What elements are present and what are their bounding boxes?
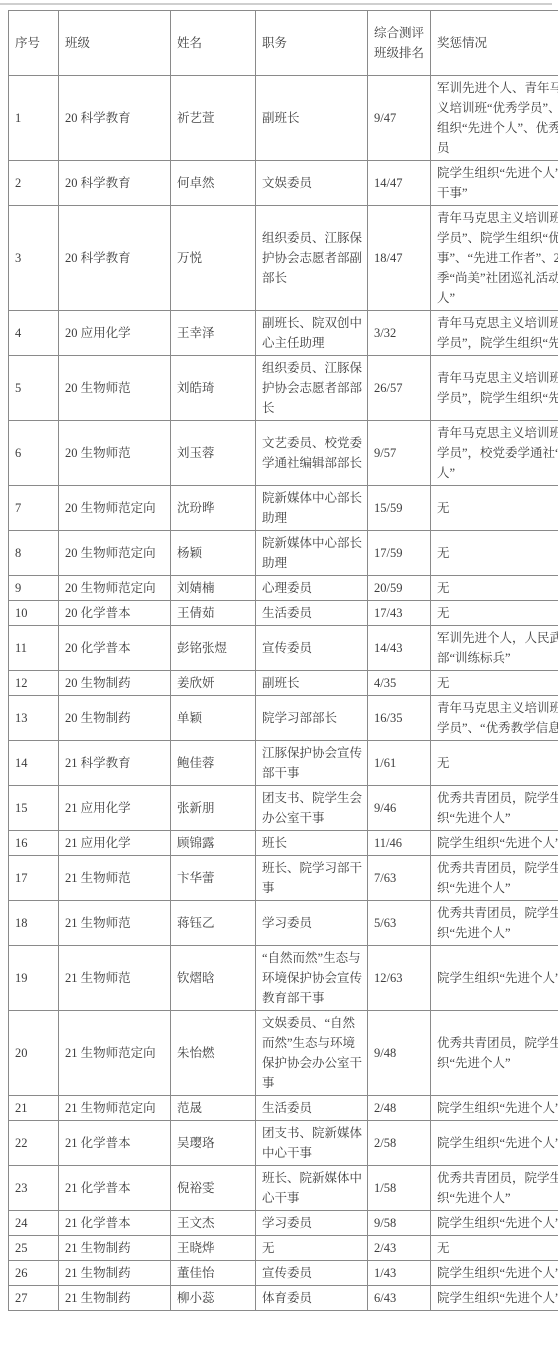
cell-class: 20 应用化学 (59, 311, 171, 356)
cell-position: “自然而然”生态与环境保护协会宣传教育部干事 (256, 946, 368, 1011)
column-header-serial: 序号 (9, 11, 59, 76)
cell-awards: 院学生组织“先进个人” (431, 1211, 558, 1236)
cell-rank: 2/43 (368, 1236, 431, 1261)
cell-class: 20 科学教育 (59, 206, 171, 311)
cell-class: 20 生物师范 (59, 356, 171, 421)
cell-rank: 20/59 (368, 576, 431, 601)
cell-rank: 4/35 (368, 671, 431, 696)
cell-class: 20 生物师范定向 (59, 531, 171, 576)
table-row: 320 科学教育万悦组织委员、江豚保护协会志愿者部副部长18/47青年马克思主义… (9, 206, 558, 311)
column-header-awards: 奖惩情况 (431, 11, 558, 76)
cell-position: 副班长 (256, 671, 368, 696)
cell-rank: 2/48 (368, 1096, 431, 1121)
cell-class: 21 生物师范定向 (59, 1011, 171, 1096)
cell-rank: 14/47 (368, 161, 431, 206)
cell-class: 20 科学教育 (59, 76, 171, 161)
cell-awards: 无 (431, 486, 558, 531)
cell-name: 王晓烨 (171, 1236, 256, 1261)
cell-name: 何卓然 (171, 161, 256, 206)
cell-position: 组织委员、江豚保护协会志愿者部部长 (256, 356, 368, 421)
cell-position: 江豚保护协会宣传部干事 (256, 741, 368, 786)
cell-awards: 无 (431, 601, 558, 626)
cell-position: 心理委员 (256, 576, 368, 601)
cell-awards: 无 (431, 671, 558, 696)
cell-rank: 2/58 (368, 1121, 431, 1166)
cell-serial: 7 (9, 486, 59, 531)
table-row: 1721 生物师范卞华蕾班长、院学习部干事7/63优秀共青团员，院学生组织“先进… (9, 856, 558, 901)
table-row: 120 科学教育祈艺萱副班长9/47军训先进个人、青年马克思主义培训班“优秀学员… (9, 76, 558, 161)
table-row: 2021 生物师范定向朱怡燃文娱委员、“自然而然”生态与环境保护协会办公室干事9… (9, 1011, 558, 1096)
cell-rank: 1/58 (368, 1166, 431, 1211)
cell-awards: 青年马克思主义培训班“优秀学员”、“优秀教学信息员” (431, 696, 558, 741)
cell-position: 班长、院新媒体中心干事 (256, 1166, 368, 1211)
column-header-class: 班级 (59, 11, 171, 76)
cell-awards: 优秀共青团员，院学生组织“先进个人” (431, 856, 558, 901)
cell-serial: 15 (9, 786, 59, 831)
cell-awards: 无 (431, 576, 558, 601)
cell-awards: 青年马克思主义培训班“优秀学员”，院学生组织“先进个人” (431, 356, 558, 421)
table-row: 2121 生物师范定向范晟生活委员2/48院学生组织“先进个人” (9, 1096, 558, 1121)
cell-awards: 军训先进个人，人民武装部“训练标兵” (431, 626, 558, 671)
cell-serial: 25 (9, 1236, 59, 1261)
cell-name: 吴璎珞 (171, 1121, 256, 1166)
cell-name: 姜欣妍 (171, 671, 256, 696)
cell-position: 组织委员、江豚保护协会志愿者部副部长 (256, 206, 368, 311)
cell-position: 团支书、院学生会办公室干事 (256, 786, 368, 831)
cell-rank: 9/46 (368, 786, 431, 831)
cell-rank: 1/43 (368, 1261, 431, 1286)
column-header-rank: 综合测评班级排名 (368, 11, 431, 76)
cell-name: 顾锦露 (171, 831, 256, 856)
cell-class: 21 生物制药 (59, 1236, 171, 1261)
cell-awards: 优秀共青团员，院学生组织“先进个人” (431, 786, 558, 831)
cell-serial: 27 (9, 1286, 59, 1311)
cell-name: 鲍佳蓉 (171, 741, 256, 786)
table-row: 2521 生物制药王晓烨无2/43无 (9, 1236, 558, 1261)
cell-rank: 9/47 (368, 76, 431, 161)
cell-position: 学习委员 (256, 1211, 368, 1236)
cell-name: 单颖 (171, 696, 256, 741)
table-header: 序号 班级 姓名 职务 综合测评班级排名 奖惩情况 (9, 11, 558, 76)
cell-rank: 7/63 (368, 856, 431, 901)
cell-name: 范晟 (171, 1096, 256, 1121)
cell-class: 20 生物师范 (59, 421, 171, 486)
cell-serial: 13 (9, 696, 59, 741)
table-row: 1621 应用化学顾锦露班长11/46院学生组织“先进个人” (9, 831, 558, 856)
cell-serial: 14 (9, 741, 59, 786)
cell-awards: 院学生组织“先进个人” (431, 946, 558, 1011)
cell-rank: 14/43 (368, 626, 431, 671)
table-row: 2221 化学普本吴璎珞团支书、院新媒体中心干事2/58院学生组织“先进个人” (9, 1121, 558, 1166)
cell-serial: 16 (9, 831, 59, 856)
header-row: 序号 班级 姓名 职务 综合测评班级排名 奖惩情况 (9, 11, 558, 76)
cell-awards: 青年马克思主义培训班“优秀学员”，校党委学通社“先进个人” (431, 421, 558, 486)
cell-position: 班长、院学习部干事 (256, 856, 368, 901)
cell-position: 团支书、院新媒体中心干事 (256, 1121, 368, 1166)
table-row: 820 生物师范定向杨颖院新媒体中心部长助理17/59无 (9, 531, 558, 576)
column-header-position: 职务 (256, 11, 368, 76)
cell-position: 学习委员 (256, 901, 368, 946)
cell-class: 21 化学普本 (59, 1211, 171, 1236)
cell-name: 杨颖 (171, 531, 256, 576)
cell-serial: 23 (9, 1166, 59, 1211)
cell-name: 王倩茹 (171, 601, 256, 626)
cell-rank: 12/63 (368, 946, 431, 1011)
cell-serial: 1 (9, 76, 59, 161)
cell-class: 21 生物师范 (59, 901, 171, 946)
cell-serial: 5 (9, 356, 59, 421)
cell-class: 21 应用化学 (59, 786, 171, 831)
cell-rank: 15/59 (368, 486, 431, 531)
cell-rank: 26/57 (368, 356, 431, 421)
cell-serial: 19 (9, 946, 59, 1011)
cell-name: 刘婧楠 (171, 576, 256, 601)
table-row: 2421 化学普本王文杰学习委员9/58院学生组织“先进个人” (9, 1211, 558, 1236)
table-row: 2321 化学普本倪裕雯班长、院新媒体中心干事1/58优秀共青团员，院学生组织“… (9, 1166, 558, 1211)
cell-serial: 24 (9, 1211, 59, 1236)
cell-serial: 9 (9, 576, 59, 601)
cell-serial: 10 (9, 601, 59, 626)
cell-name: 柳小蕊 (171, 1286, 256, 1311)
cell-serial: 22 (9, 1121, 59, 1166)
cell-position: 院新媒体中心部长助理 (256, 531, 368, 576)
cell-awards: 院学生组织“先进个人” (431, 1096, 558, 1121)
cell-awards: 优秀共青团员，院学生组织“先进个人” (431, 901, 558, 946)
cell-position: 副班长、院双创中心主任助理 (256, 311, 368, 356)
cell-rank: 17/59 (368, 531, 431, 576)
cell-position: 院新媒体中心部长助理 (256, 486, 368, 531)
cell-name: 钦熠晗 (171, 946, 256, 1011)
table-row: 1821 生物师范蒋钰乙学习委员5/63优秀共青团员，院学生组织“先进个人” (9, 901, 558, 946)
cell-class: 20 生物师范定向 (59, 486, 171, 531)
table-row: 1421 科学教育鲍佳蓉江豚保护协会宣传部干事1/61无 (9, 741, 558, 786)
table-row: 2721 生物制药柳小蕊体育委员6/43院学生组织“先进个人” (9, 1286, 558, 1311)
cell-class: 21 生物制药 (59, 1261, 171, 1286)
table-row: 920 生物师范定向刘婧楠心理委员20/59无 (9, 576, 558, 601)
table-row: 420 应用化学王幸泽副班长、院双创中心主任助理3/32青年马克思主义培训班“优… (9, 311, 558, 356)
table-row: 1220 生物制药姜欣妍副班长4/35无 (9, 671, 558, 696)
cell-name: 刘玉蓉 (171, 421, 256, 486)
cell-name: 倪裕雯 (171, 1166, 256, 1211)
cell-awards: 院学生组织“先进个人” (431, 1286, 558, 1311)
cell-serial: 4 (9, 311, 59, 356)
cell-awards: 院学生组织“先进个人” (431, 1121, 558, 1166)
cell-awards: 无 (431, 1236, 558, 1261)
table-row: 620 生物师范刘玉蓉文艺委员、校党委学通社编辑部部长9/57青年马克思主义培训… (9, 421, 558, 486)
cell-awards: 优秀共青团员，院学生组织“先进个人” (431, 1166, 558, 1211)
cell-awards: 青年马克思主义培训班“优秀学员”、院学生组织“优秀干事”、“先进工作者”、202… (431, 206, 558, 311)
cell-name: 朱怡燃 (171, 1011, 256, 1096)
cell-serial: 21 (9, 1096, 59, 1121)
table-row: 220 科学教育何卓然文娱委员14/47院学生组织“先进个人”、“优秀干事” (9, 161, 558, 206)
cell-class: 21 生物师范定向 (59, 1096, 171, 1121)
cell-rank: 11/46 (368, 831, 431, 856)
table-row: 1521 应用化学张新朋团支书、院学生会办公室干事9/46优秀共青团员，院学生组… (9, 786, 558, 831)
cell-awards: 院学生组织“先进个人”、“优秀干事” (431, 161, 558, 206)
cell-name: 祈艺萱 (171, 76, 256, 161)
cell-rank: 18/47 (368, 206, 431, 311)
cell-rank: 9/58 (368, 1211, 431, 1236)
cell-class: 21 科学教育 (59, 741, 171, 786)
cell-rank: 16/35 (368, 696, 431, 741)
table-row: 520 生物师范刘皓琦组织委员、江豚保护协会志愿者部部长26/57青年马克思主义… (9, 356, 558, 421)
cell-name: 彭铭张煜 (171, 626, 256, 671)
table-row: 1921 生物师范钦熠晗“自然而然”生态与环境保护协会宣传教育部干事12/63院… (9, 946, 558, 1011)
cell-serial: 12 (9, 671, 59, 696)
cell-rank: 1/61 (368, 741, 431, 786)
cell-awards: 军训先进个人、青年马克思主义培训班“优秀学员”、院学生组织“先进个人”、优秀共青… (431, 76, 558, 161)
cell-class: 21 生物师范 (59, 856, 171, 901)
table-row: 1120 化学普本彭铭张煜宣传委员14/43军训先进个人，人民武装部“训练标兵” (9, 626, 558, 671)
cell-class: 21 生物制药 (59, 1286, 171, 1311)
cell-class: 21 化学普本 (59, 1166, 171, 1211)
cell-name: 张新朋 (171, 786, 256, 831)
cell-serial: 2 (9, 161, 59, 206)
cell-class: 20 生物制药 (59, 671, 171, 696)
cell-position: 文艺委员、校党委学通社编辑部部长 (256, 421, 368, 486)
cell-serial: 11 (9, 626, 59, 671)
cell-class: 20 生物制药 (59, 696, 171, 741)
cell-serial: 8 (9, 531, 59, 576)
cell-awards: 无 (431, 531, 558, 576)
cell-name: 王幸泽 (171, 311, 256, 356)
column-header-name: 姓名 (171, 11, 256, 76)
cell-position: 院学习部部长 (256, 696, 368, 741)
cell-class: 21 生物师范 (59, 946, 171, 1011)
table-row: 1320 生物制药单颖院学习部部长16/35青年马克思主义培训班“优秀学员”、“… (9, 696, 558, 741)
cell-name: 沈玢晔 (171, 486, 256, 531)
page-top-artifact (0, 3, 552, 5)
table-row: 2621 生物制药董佳怡宣传委员1/43院学生组织“先进个人” (9, 1261, 558, 1286)
cell-position: 文娱委员、“自然而然”生态与环境保护协会办公室干事 (256, 1011, 368, 1096)
table-body: 120 科学教育祈艺萱副班长9/47军训先进个人、青年马克思主义培训班“优秀学员… (9, 76, 558, 1311)
cell-class: 21 化学普本 (59, 1121, 171, 1166)
cell-name: 王文杰 (171, 1211, 256, 1236)
cell-awards: 院学生组织“先进个人” (431, 831, 558, 856)
cell-name: 万悦 (171, 206, 256, 311)
cell-position: 宣传委员 (256, 1261, 368, 1286)
cell-class: 20 化学普本 (59, 626, 171, 671)
cell-class: 21 应用化学 (59, 831, 171, 856)
cell-class: 20 化学普本 (59, 601, 171, 626)
cell-rank: 17/43 (368, 601, 431, 626)
cell-rank: 6/43 (368, 1286, 431, 1311)
cell-rank: 9/48 (368, 1011, 431, 1096)
cell-name: 卞华蕾 (171, 856, 256, 901)
cell-position: 生活委员 (256, 601, 368, 626)
student-cadre-evaluation-table: 序号 班级 姓名 职务 综合测评班级排名 奖惩情况 120 科学教育祈艺萱副班长… (8, 10, 558, 1311)
cell-serial: 6 (9, 421, 59, 486)
cell-serial: 3 (9, 206, 59, 311)
cell-position: 无 (256, 1236, 368, 1261)
cell-position: 副班长 (256, 76, 368, 161)
cell-name: 刘皓琦 (171, 356, 256, 421)
cell-position: 班长 (256, 831, 368, 856)
cell-class: 20 科学教育 (59, 161, 171, 206)
cell-name: 董佳怡 (171, 1261, 256, 1286)
cell-position: 宣传委员 (256, 626, 368, 671)
cell-rank: 3/32 (368, 311, 431, 356)
cell-serial: 17 (9, 856, 59, 901)
cell-position: 生活委员 (256, 1096, 368, 1121)
cell-serial: 26 (9, 1261, 59, 1286)
cell-awards: 院学生组织“先进个人” (431, 1261, 558, 1286)
cell-position: 体育委员 (256, 1286, 368, 1311)
cell-serial: 18 (9, 901, 59, 946)
cell-rank: 9/57 (368, 421, 431, 486)
cell-awards: 优秀共青团员，院学生组织“先进个人” (431, 1011, 558, 1096)
cell-serial: 20 (9, 1011, 59, 1096)
table-row: 1020 化学普本王倩茹生活委员17/43无 (9, 601, 558, 626)
cell-position: 文娱委员 (256, 161, 368, 206)
cell-rank: 5/63 (368, 901, 431, 946)
table-row: 720 生物师范定向沈玢晔院新媒体中心部长助理15/59无 (9, 486, 558, 531)
cell-awards: 无 (431, 741, 558, 786)
cell-awards: 青年马克思主义培训班“优秀学员”，院学生组织“先进个人” (431, 311, 558, 356)
cell-name: 蒋钰乙 (171, 901, 256, 946)
cell-class: 20 生物师范定向 (59, 576, 171, 601)
